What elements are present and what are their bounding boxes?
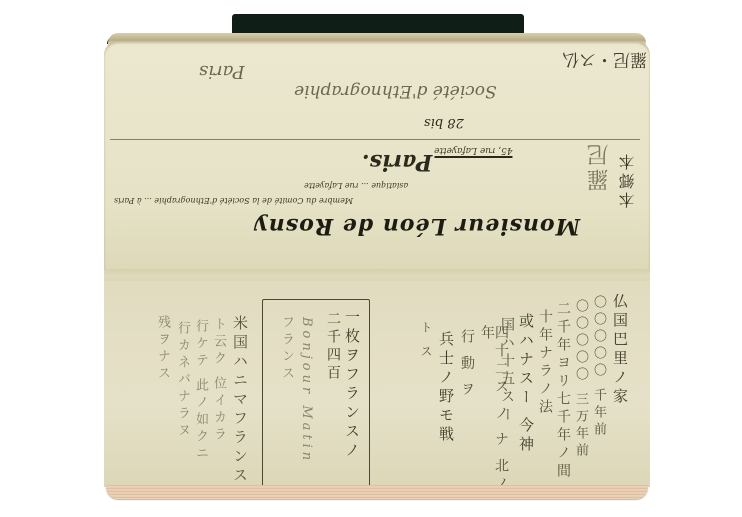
address-subline: asiatique ... rue Lafayette xyxy=(304,181,408,190)
boxed-column: 二千四百 xyxy=(326,311,340,383)
top-page: Société d'Ethnographie Paris 28 bis 45, … xyxy=(104,41,650,273)
society-address-line: Société d'Ethnographie xyxy=(294,81,497,101)
open-notebook: Société d'Ethnographie Paris 28 bis 45, … xyxy=(104,33,650,499)
handwritten-column: 行 動 ヲ xyxy=(460,329,474,400)
boxed-column: Bonjour Matin xyxy=(300,317,313,464)
handwritten-column: 〇〇〇〇〇 三万年前 xyxy=(574,299,587,460)
handwritten-column: 十年ナラノ法 xyxy=(538,309,552,417)
address-title-line: Membre du Comité de la Société d'Ethnogr… xyxy=(114,196,353,205)
japanese-heading: 羅尼・ス仏 xyxy=(562,49,647,74)
recipient-name: Monsieur Léon de Rosny xyxy=(254,213,580,239)
notebook-photo: Société d'Ethnographie Paris 28 bis 45, … xyxy=(0,0,742,517)
japanese-location-column: 本郷本 xyxy=(616,151,639,208)
handwritten-column: 四十二ス ノ ナ 北ノ年 xyxy=(480,325,508,499)
bottom-page-edges xyxy=(106,485,648,499)
ruled-line xyxy=(110,139,640,140)
main-city: Paris. xyxy=(362,149,432,175)
handwritten-column: ト ス xyxy=(420,321,432,361)
street-address: 45, rue Lafayette xyxy=(434,145,512,158)
street-number: 28 bis xyxy=(424,115,464,130)
handwritten-column: 行ケテ 此ノ如クニ xyxy=(194,319,207,463)
handwritten-column: 或ハナスー 今神 xyxy=(518,313,533,455)
handwritten-column: 兵士ノ野モ戦 xyxy=(438,331,453,445)
society-city: Paris xyxy=(199,61,245,82)
handwritten-column: 残ヲナス xyxy=(156,315,169,383)
boxed-column: 一枚ヲフランスノ xyxy=(344,309,359,461)
handwritten-column: 行カネバナラヌ xyxy=(176,321,189,440)
handwritten-column: 仏国巴里ノ家 xyxy=(612,293,627,407)
boxed-column: フランス xyxy=(280,315,293,383)
handwritten-column: ト云ク 位イカラ xyxy=(212,317,225,444)
handwritten-column: 〇〇〇〇〇 千年前 xyxy=(592,295,605,439)
handwritten-column: 米国ハニマフランス xyxy=(232,315,247,486)
japanese-name-column: 羅尼 xyxy=(584,141,615,191)
handwritten-column: 二千年ヨリ七千年ノ間 xyxy=(556,301,570,481)
